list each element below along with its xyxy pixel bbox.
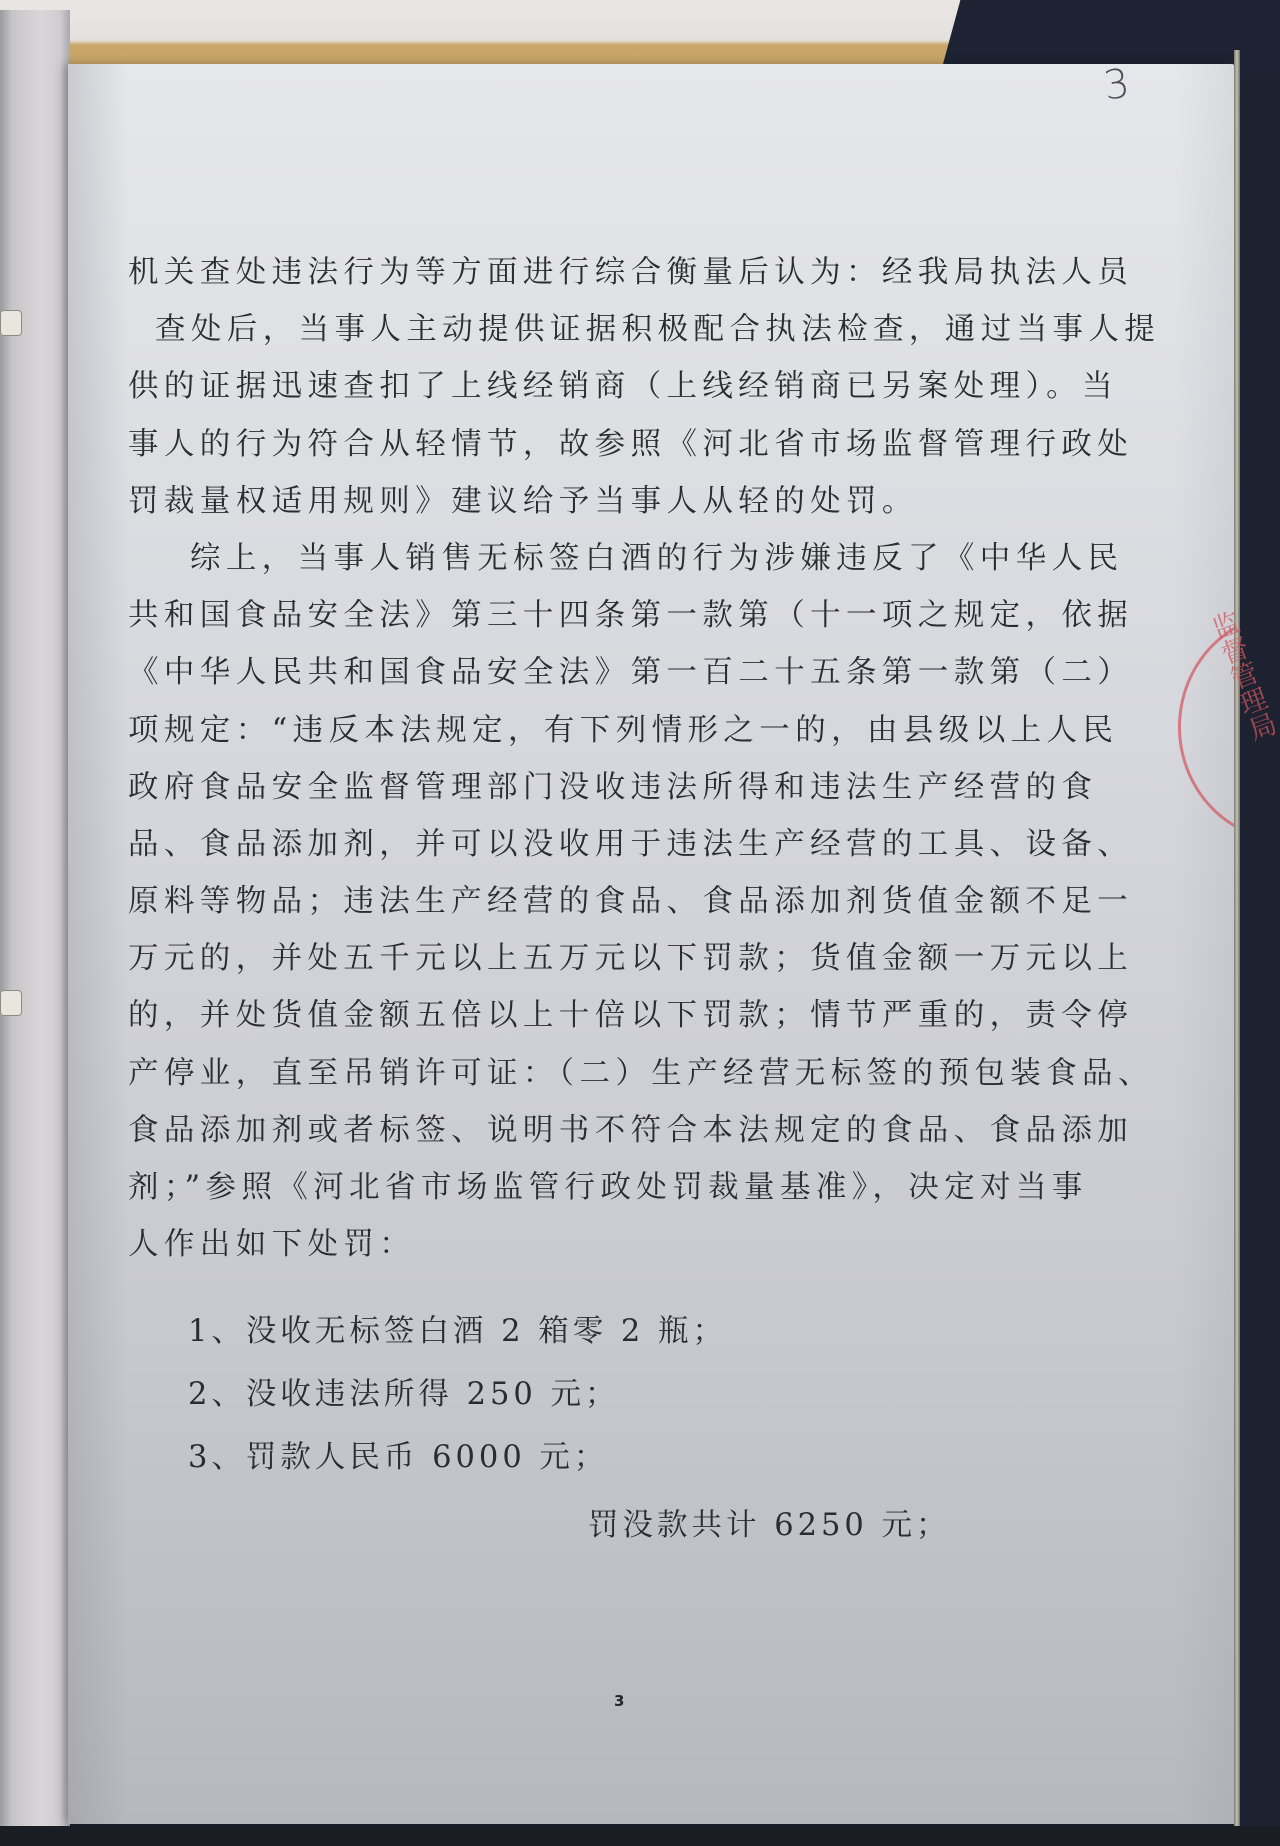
text-line: 原料等物品；违法生产经营的食品、食品添加剂货值金额不足一 [128, 873, 1118, 930]
page-number: 3 [614, 1692, 624, 1710]
text-line: 食品添加剂或者标签、说明书不符合本法规定的食品、食品添加 [128, 1102, 1118, 1159]
binder-ring [0, 990, 22, 1016]
text-line: 查处后，当事人主动提供证据积极配合执法检查，通过当事人提 [128, 301, 1118, 358]
text-line: 人作出如下处罚： [128, 1216, 1118, 1273]
penalty-item: 3、罚款人民币 6000 元； [188, 1426, 727, 1489]
penalty-item: 1、没收无标签白酒 2 箱零 2 瓶； [188, 1300, 727, 1363]
text-line: 供的证据迅速查扣了上线经销商（上线经销商已另案处理）。当 [128, 358, 1118, 415]
binder-page-stack [0, 10, 70, 1846]
text-line: 政府食品安全监督管理部门没收违法所得和违法生产经营的食 [128, 759, 1118, 816]
penalty-item: 2、没收违法所得 250 元； [188, 1363, 727, 1426]
text-line: 《中华人民共和国食品安全法》第一百二十五条第一款第（二） [128, 644, 1118, 701]
text-line: 罚裁量权适用规则》建议给予当事人从轻的处罚。 [128, 473, 1118, 530]
page-bottom-edge [0, 1826, 1280, 1846]
text-line: 剂；”参照《河北省市场监管行政处罚裁量基准》，决定对当事 [128, 1159, 1118, 1216]
text-line: 万元的，并处五千元以上五万元以下罚款；货值金额一万元以上 [128, 930, 1118, 987]
text-line: 共和国食品安全法》第三十四条第一款第（十一项之规定，依据 [128, 587, 1118, 644]
text-line: 事人的行为符合从轻情节，故参照《河北省市场监督管理行政处 [128, 416, 1118, 473]
binder-ring [0, 310, 22, 336]
penalty-total: 罚没款共计 6250 元； [588, 1500, 951, 1544]
text-line: 项规定：“违反本法规定，有下列情形之一的，由县级以上人民 [128, 702, 1118, 759]
document-body: 机关查处违法行为等方面进行综合衡量后认为：经我局执法人员 查处后，当事人主动提供… [128, 244, 1118, 1273]
text-line: 的，并处货值金额五倍以上十倍以下罚款；情节严重的，责令停 [128, 987, 1118, 1044]
text-line: 综上，当事人销售无标签白酒的行为涉嫌违反了《中华人民 [128, 530, 1118, 587]
text-line: 机关查处违法行为等方面进行综合衡量后认为：经我局执法人员 [128, 244, 1118, 301]
page-right-edge [1234, 50, 1240, 1846]
text-line: 产停业，直至吊销许可证：（二）生产经营无标签的预包装食品、 [128, 1045, 1118, 1102]
text-line: 品、食品添加剂，并可以没收用于违法生产经营的工具、设备、 [128, 816, 1118, 873]
penalty-list: 1、没收无标签白酒 2 箱零 2 瓶； 2、没收违法所得 250 元； 3、罚款… [188, 1300, 727, 1489]
